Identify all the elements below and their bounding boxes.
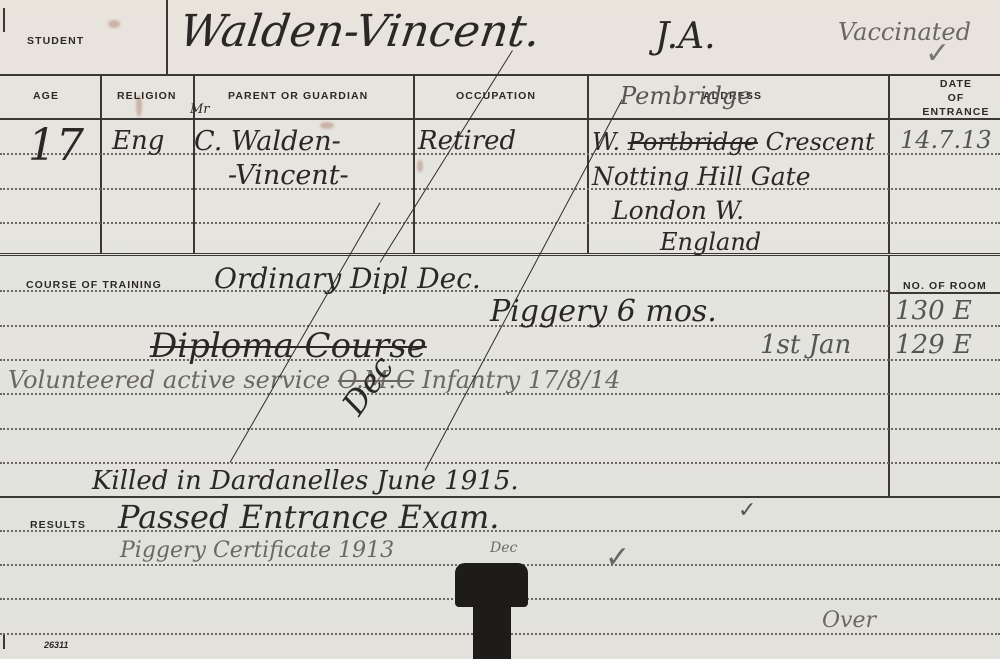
checkmark-icon: ✓ bbox=[738, 498, 756, 523]
address-prefix: W. bbox=[592, 128, 620, 156]
card-serial-number: 26311 bbox=[44, 640, 68, 650]
student-initials: J.A. bbox=[655, 16, 716, 57]
parent-name-line2: -Vincent- bbox=[228, 160, 349, 191]
course-line1: Ordinary Dipl Dec. bbox=[214, 262, 481, 295]
address-line3: London W. bbox=[612, 196, 744, 225]
header-top-border bbox=[0, 74, 1000, 76]
religion-label: RELIGION bbox=[117, 90, 177, 102]
room-header-underline bbox=[888, 292, 1000, 294]
stain bbox=[417, 160, 423, 172]
course-line4: Volunteered active service O.M.C Infantr… bbox=[8, 366, 620, 394]
room-value-1: 130 E bbox=[895, 296, 972, 326]
age-label: AGE bbox=[33, 90, 59, 102]
parent-name-line1: C. Walden- bbox=[194, 126, 341, 157]
over-note: Over bbox=[822, 608, 876, 633]
parent-label: PARENT OR GUARDIAN bbox=[228, 90, 368, 102]
date-label-line: DATE bbox=[912, 77, 1000, 91]
date-of-entrance-value: 14.7.13 bbox=[900, 126, 992, 154]
ruled-line bbox=[0, 188, 1000, 190]
section-divider bbox=[0, 253, 1000, 256]
age-value: 17 bbox=[28, 120, 84, 171]
ruled-line bbox=[0, 462, 1000, 464]
results-line2-note: Dec bbox=[490, 540, 517, 556]
address-line1: W. Portbridge Crescent bbox=[592, 128, 875, 156]
border-tick bbox=[3, 8, 5, 32]
address-insert: Pembridge bbox=[620, 82, 751, 110]
student-label-divider bbox=[166, 0, 168, 74]
checkmark-icon: ✓ bbox=[925, 36, 950, 71]
date-label-line: OF bbox=[912, 91, 1000, 105]
address-line1-end: Crescent bbox=[766, 128, 875, 156]
address-struck-text: Portbridge bbox=[628, 128, 758, 156]
religion-value: Eng bbox=[112, 126, 164, 156]
address-line4: England bbox=[660, 228, 761, 256]
occupation-label: OCCUPATION bbox=[456, 90, 536, 102]
stain bbox=[108, 20, 120, 28]
border-tick bbox=[3, 635, 5, 649]
results-line2: Piggery Certificate 1913 bbox=[120, 538, 394, 563]
checkmark-icon: ✓ bbox=[605, 540, 630, 575]
vaccinated-note: Vaccinated bbox=[838, 18, 971, 46]
date-of-entrance-label: DATE OF ENTRANCE bbox=[912, 77, 1000, 119]
room-value-2: 129 E bbox=[895, 330, 972, 360]
results-line1: Passed Entrance Exam. bbox=[118, 498, 499, 536]
date-label-line: ENTRANCE bbox=[912, 105, 1000, 119]
course-line3-date: 1st Jan bbox=[760, 330, 851, 360]
header-bottom-border bbox=[0, 118, 1000, 120]
course-line2: Piggery 6 mos. bbox=[490, 294, 717, 329]
ruled-line bbox=[0, 428, 1000, 430]
no-of-room-label: No. OF ROOM bbox=[903, 280, 987, 292]
column-divider bbox=[413, 74, 415, 254]
address-line2: Notting Hill Gate bbox=[592, 162, 811, 191]
pen-stroke bbox=[380, 50, 513, 263]
ruled-line bbox=[0, 222, 1000, 224]
column-divider bbox=[100, 74, 102, 254]
tab-cutout-stem bbox=[473, 603, 511, 659]
killed-note: Killed in Dardanelles June 1915. bbox=[92, 466, 519, 496]
column-divider bbox=[193, 74, 195, 254]
student-label: STUDENT bbox=[27, 35, 84, 47]
occupation-value: Retired bbox=[418, 126, 516, 156]
student-surname: Walden-Vincent. bbox=[176, 6, 543, 57]
student-record-card: STUDENT Walden-Vincent. J.A. Vaccinated … bbox=[0, 0, 1000, 659]
tab-cutout-top bbox=[455, 563, 528, 607]
enlistment-date: 17/8/14 bbox=[528, 366, 621, 394]
index-tab-cutout bbox=[455, 563, 528, 659]
parent-title: Mr bbox=[190, 102, 210, 117]
column-divider bbox=[888, 74, 890, 254]
